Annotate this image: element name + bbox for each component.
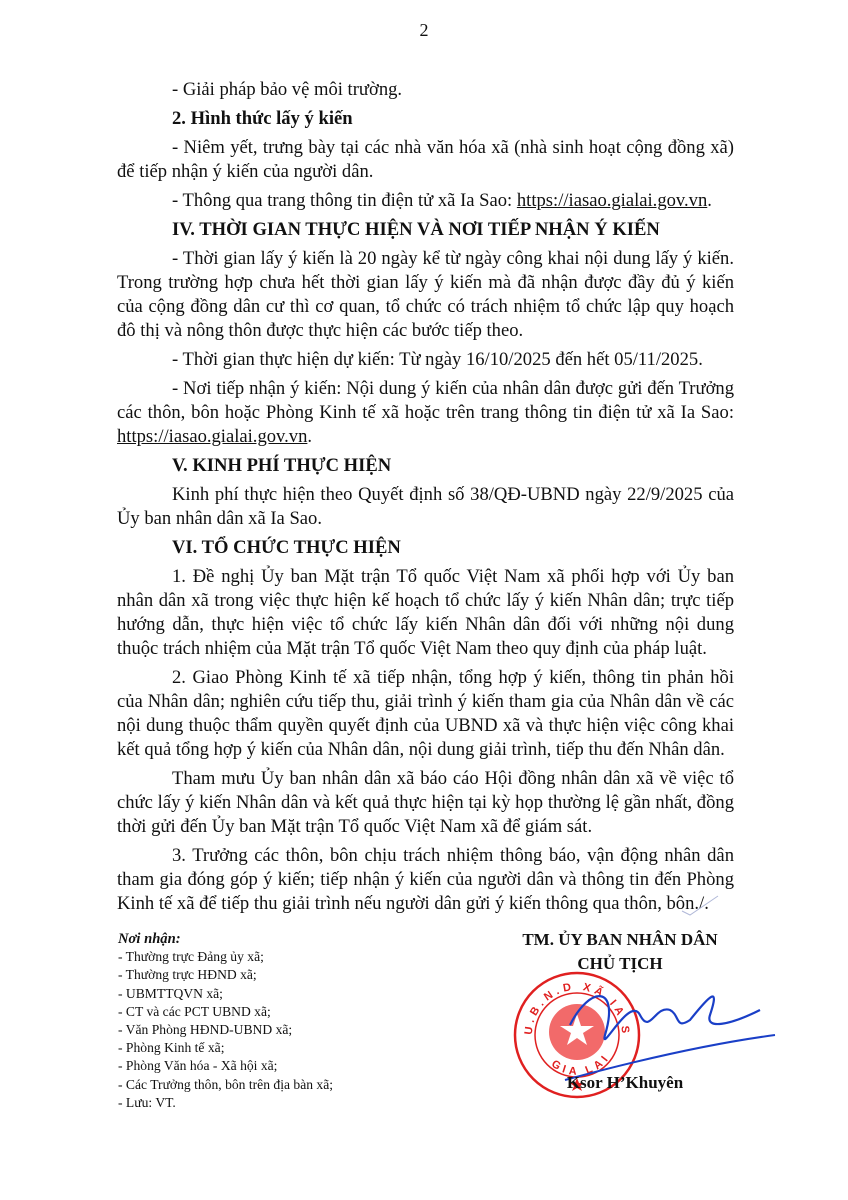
paragraph: - Thời gian thực hiện dự kiến: Từ ngày 1… [117, 348, 734, 372]
recipient-item: - Văn Phòng HĐND-UBND xã; [118, 1021, 448, 1039]
paragraph: - Nơi tiếp nhận ý kiến: Nội dung ý kiến … [117, 377, 734, 449]
signature-title: TM. ỦY BAN NHÂN DÂN [495, 928, 745, 952]
paragraph: - Giải pháp bảo vệ môi trường. [117, 78, 734, 102]
recipients-list: - Thường trực Đảng ủy xã;- Thường trực H… [118, 948, 448, 1112]
paragraph: - Niêm yết, trưng bày tại các nhà văn hó… [117, 136, 734, 184]
section-heading: 2. Hình thức lấy ý kiến [117, 107, 734, 131]
recipient-item: - Phòng Văn hóa - Xã hội xã; [118, 1057, 448, 1075]
page-number: 2 [0, 20, 848, 41]
paragraph: - Thời gian lấy ý kiến là 20 ngày kể từ … [117, 247, 734, 343]
document-body: - Giải pháp bảo vệ môi trường.2. Hình th… [117, 78, 734, 921]
recipient-item: - UBMTTQVN xã; [118, 985, 448, 1003]
recipients-block: Nơi nhận: - Thường trực Đảng ủy xã;- Thư… [118, 930, 448, 1112]
section-heading: IV. THỜI GIAN THỰC HIỆN VÀ NƠI TIẾP NHẬN… [117, 218, 734, 242]
paragraph: 2. Giao Phòng Kinh tế xã tiếp nhận, tổng… [117, 666, 734, 762]
recipient-item: - Các Trưởng thôn, bôn trên địa bàn xã; [118, 1076, 448, 1094]
section-heading: VI. TỔ CHỨC THỰC HIỆN [117, 536, 734, 560]
recipient-item: - Thường trực Đảng ủy xã; [118, 948, 448, 966]
paragraph: - Thông qua trang thông tin điện tử xã I… [117, 189, 734, 213]
paragraph: 1. Đề nghị Ủy ban Mặt trận Tổ quốc Việt … [117, 565, 734, 661]
signer-name: Ksor H’Khuyên [540, 1073, 710, 1093]
section-heading: V. KINH PHÍ THỰC HIỆN [117, 454, 734, 478]
paragraph: Tham mưu Ủy ban nhân dân xã báo cáo Hội … [117, 767, 734, 839]
paragraph: 3. Trưởng các thôn, bôn chịu trách nhiệm… [117, 844, 734, 916]
initial-mark-icon [680, 893, 720, 918]
handwritten-signature-icon [560, 965, 780, 1085]
paragraph: Kinh phí thực hiện theo Quyết định số 38… [117, 483, 734, 531]
recipient-item: - Lưu: VT. [118, 1094, 448, 1112]
website-link[interactable]: https://iasao.gialai.gov.vn [117, 426, 307, 447]
website-link[interactable]: https://iasao.gialai.gov.vn [517, 190, 707, 211]
recipient-item: - Thường trực HĐND xã; [118, 966, 448, 984]
recipient-item: - Phòng Kinh tế xã; [118, 1039, 448, 1057]
recipient-item: - CT và các PCT UBND xã; [118, 1003, 448, 1021]
recipients-title: Nơi nhận: [118, 930, 448, 948]
